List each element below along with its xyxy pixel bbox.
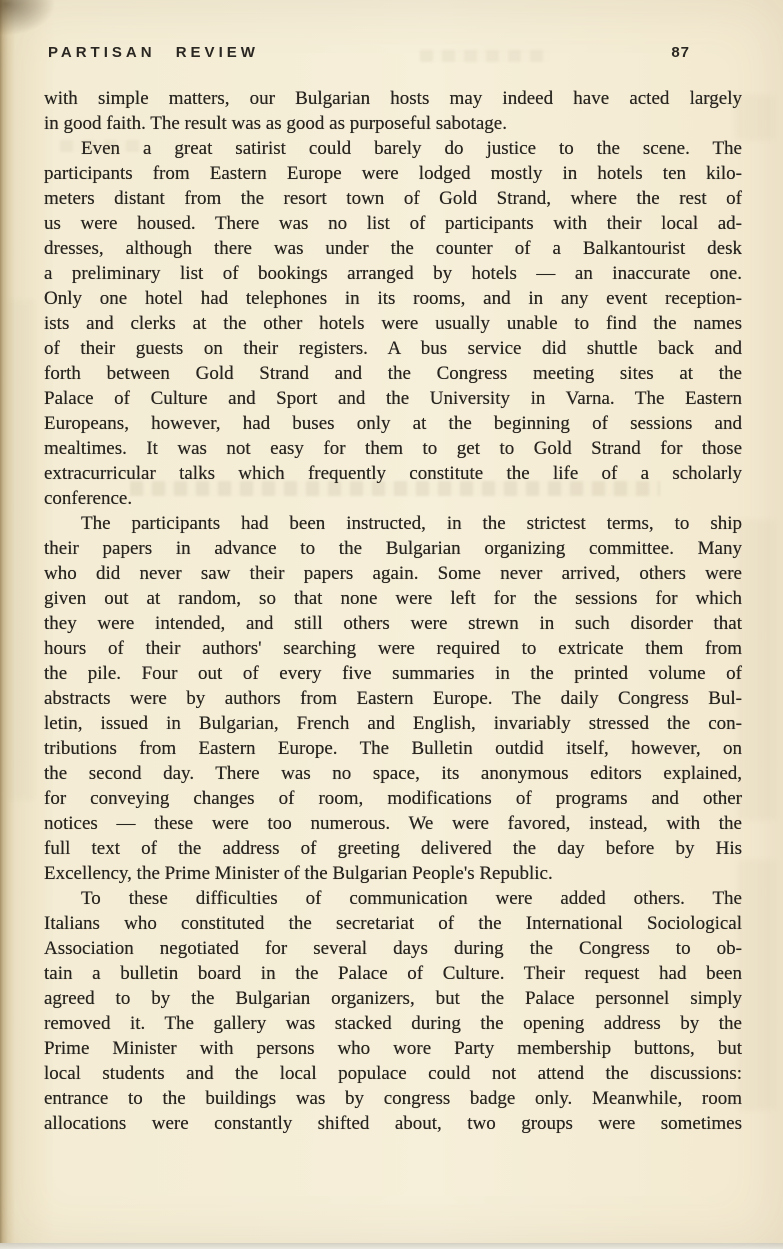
text-line: of their guests on their registers. A bu…: [44, 336, 742, 361]
page-number: 87: [671, 44, 690, 61]
text-line: tributions from Eastern Europe. The Bull…: [44, 736, 742, 761]
text-line: Palace of Culture and Sport and the Univ…: [44, 386, 742, 411]
scan-bottom-edge: [0, 1243, 783, 1249]
text-line: notices — these were too numerous. We we…: [44, 811, 742, 836]
text-line: letin, issued in Bulgarian, French and E…: [44, 711, 742, 736]
text-line: dresses, although there was under the co…: [44, 236, 742, 261]
text-line: Association negotiated for several days …: [44, 936, 742, 961]
bleedthrough-shadow: [8, 300, 34, 800]
text-line: tain a bulletin board in the Palace of C…: [44, 961, 742, 986]
text-line: their papers in advance to the Bulgarian…: [44, 536, 742, 561]
text-line: allocations were constantly shifted abou…: [44, 1111, 742, 1136]
text-line: a preliminary list of bookings arranged …: [44, 261, 742, 286]
text-line: agreed to by the Bulgarian organizers, b…: [44, 986, 742, 1011]
text-line: removed it. The gallery was stacked duri…: [44, 1011, 742, 1036]
text-line: forth between Gold Strand and the Congre…: [44, 361, 742, 386]
text-line: Europeans, however, had buses only at th…: [44, 411, 742, 436]
text-line: Prime Minister with persons who wore Par…: [44, 1036, 742, 1061]
text-line: mealtimes. It was not easy for them to g…: [44, 436, 742, 461]
text-line: hours of their authors' searching were r…: [44, 636, 742, 661]
text-line: in good faith. The result was as good as…: [44, 111, 742, 136]
text-line: they were intended, and still others wer…: [44, 611, 742, 636]
text-line: local students and the local populace co…: [44, 1061, 742, 1086]
text-line: ists and clerks at the other hotels were…: [44, 311, 742, 336]
text-line: the pile. Four out of every five summari…: [44, 661, 742, 686]
text-line: with simple matters, our Bulgarian hosts…: [44, 86, 742, 111]
journal-title: PARTISAN REVIEW: [48, 44, 259, 61]
text-line: Even a great satirist could barely do ju…: [44, 136, 742, 161]
bleedthrough-shadow: [738, 520, 776, 820]
text-line: us were housed. There was no list of par…: [44, 211, 742, 236]
text-line: conference.: [44, 486, 742, 511]
body-text: with simple matters, our Bulgarian hosts…: [44, 86, 742, 1136]
paragraph: Even a great satirist could barely do ju…: [44, 136, 742, 511]
text-line: given out at random, so that none were l…: [44, 586, 742, 611]
text-line: Only one hotel had telephones in its roo…: [44, 286, 742, 311]
text-line: for conveying changes of room, modificat…: [44, 786, 742, 811]
running-head: PARTISAN REVIEW 87: [48, 44, 690, 61]
text-line: To these difficulties of communication w…: [44, 886, 742, 911]
text-line: The participants had been instructed, in…: [44, 511, 742, 536]
text-line: extracurricular talks which frequently c…: [44, 461, 742, 486]
paragraph: with simple matters, our Bulgarian hosts…: [44, 86, 742, 136]
text-line: abstracts were by authors from Eastern E…: [44, 686, 742, 711]
text-line: Italians who constituted the secretariat…: [44, 911, 742, 936]
paragraph: The participants had been instructed, in…: [44, 511, 742, 886]
text-line: Excellency, the Prime Minister of the Bu…: [44, 861, 742, 886]
scanned-book-page: PARTISAN REVIEW 87 with simple matters, …: [0, 0, 783, 1249]
text-line: full text of the address of greeting del…: [44, 836, 742, 861]
text-line: participants from Eastern Europe were lo…: [44, 161, 742, 186]
bleedthrough-shadow: [738, 860, 776, 1110]
paragraph: To these difficulties of communication w…: [44, 886, 742, 1136]
text-line: entrance to the buildings was by congres…: [44, 1086, 742, 1111]
text-line: who did never saw their papers again. So…: [44, 561, 742, 586]
text-line: the second day. There was no space, its …: [44, 761, 742, 786]
text-line: meters distant from the resort town of G…: [44, 186, 742, 211]
